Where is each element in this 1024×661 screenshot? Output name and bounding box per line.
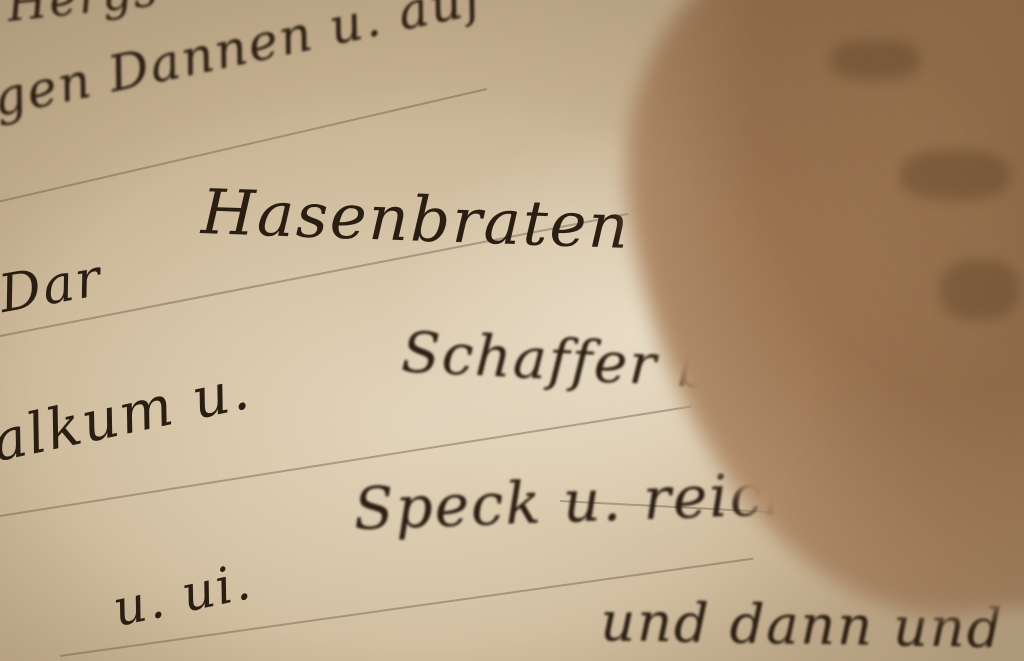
handwriting-line: u. ui. xyxy=(108,552,257,638)
handwriting-line: Hergs xyxy=(4,0,161,32)
handwriting-line: Dar xyxy=(0,248,107,325)
handwritten-letter-photo: Hergs gen Dannen u. auf Hasenbraten Dar … xyxy=(0,0,1024,661)
blurred-ink xyxy=(940,260,1020,320)
handwriting-line: Hasenbraten xyxy=(200,175,632,263)
handwriting-line: alkum u. xyxy=(0,357,256,475)
blurred-ink xyxy=(900,150,1010,200)
blurred-ink xyxy=(830,40,920,80)
blurred-page-curl xyxy=(594,0,1024,653)
